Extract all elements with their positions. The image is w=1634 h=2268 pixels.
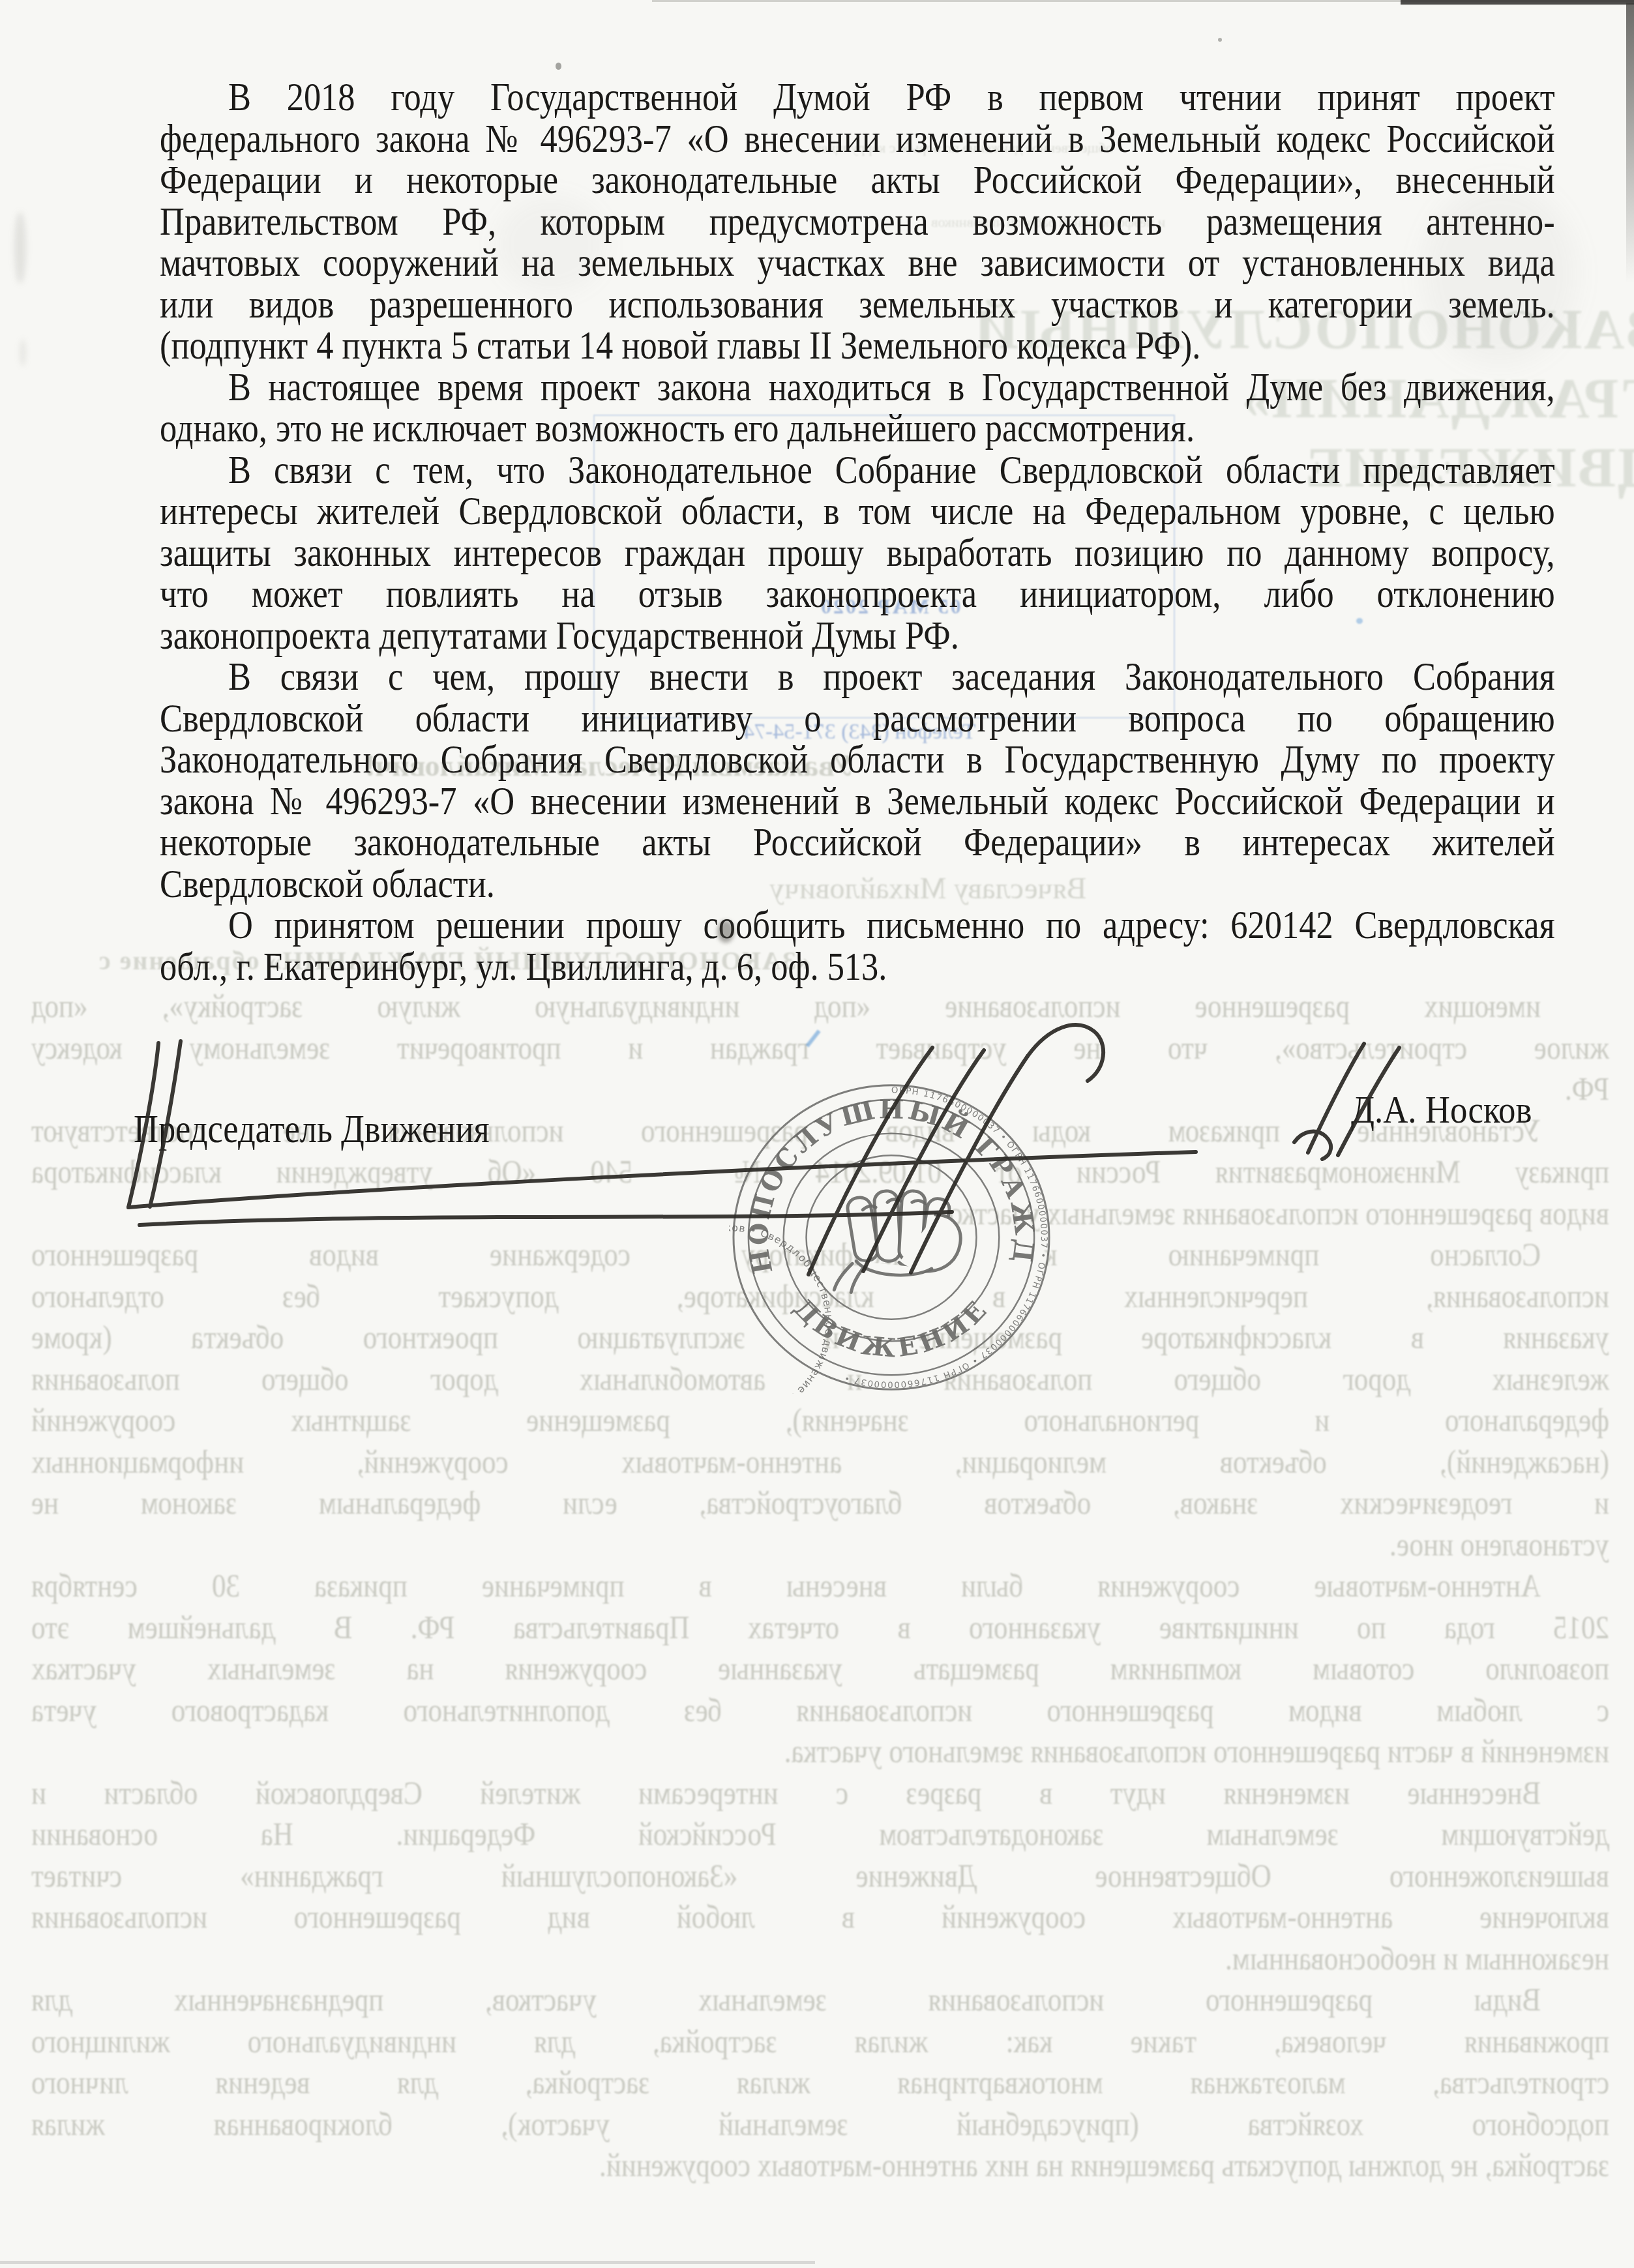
signature-stroke xyxy=(128,1152,1196,1207)
scan-top-edge-mark xyxy=(1401,0,1634,5)
blue-pen-speck xyxy=(1356,618,1363,624)
scan-speck xyxy=(717,920,734,943)
scan-smudge xyxy=(20,339,26,366)
scan-right-edge-mark xyxy=(1626,3,1634,283)
scan-speck xyxy=(556,63,561,70)
signature-stroke xyxy=(911,1056,1028,1273)
scanned-letter-page: общественное движение по борьбе с корруп… xyxy=(0,0,1634,2268)
scan-speck xyxy=(1218,38,1222,42)
scan-smudge xyxy=(496,196,606,293)
signature-strokes xyxy=(0,0,1634,2268)
scan-bottom-hairline xyxy=(0,2261,815,2264)
signature-flourish xyxy=(1338,1048,1399,1155)
signature-flourish xyxy=(1308,1044,1364,1153)
scan-smudge xyxy=(14,212,26,284)
signature-stroke xyxy=(1028,1025,1103,1081)
scan-smudge xyxy=(1421,183,1578,365)
